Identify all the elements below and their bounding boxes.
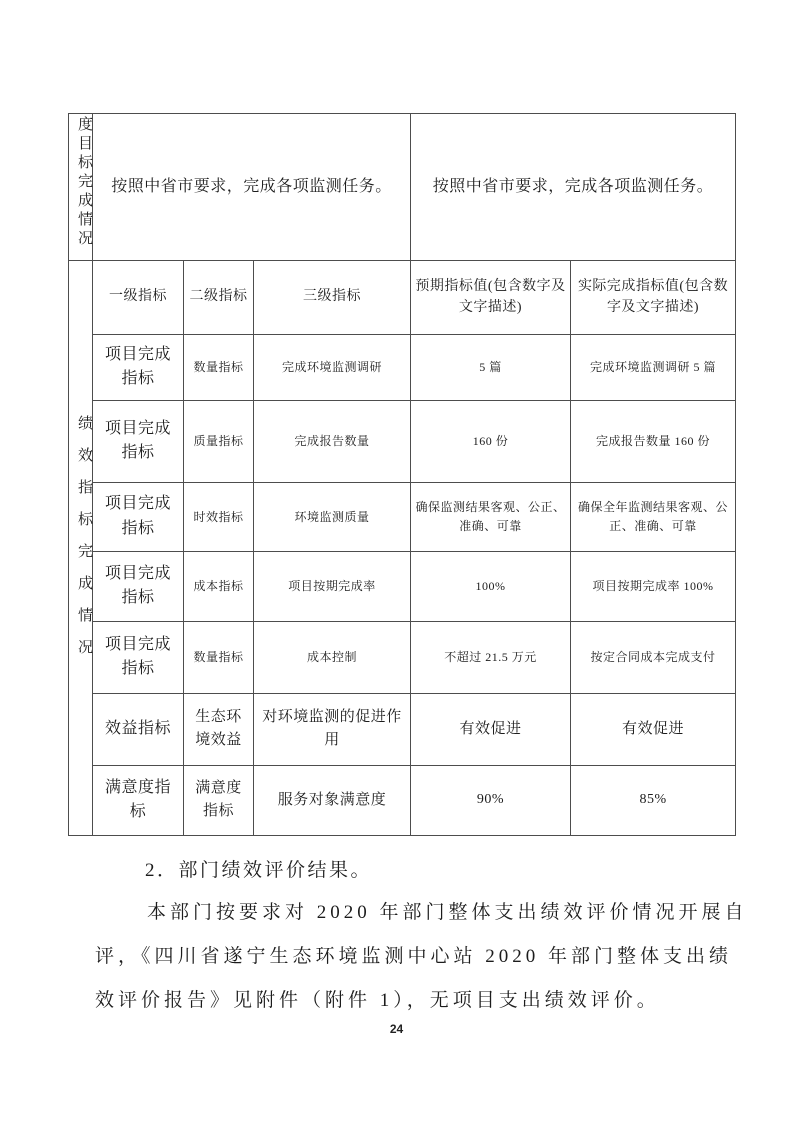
annual-side-label-cell: 度目标完成情况 <box>69 114 93 261</box>
table-cell: 满意度指标 <box>93 765 184 835</box>
table-cell: 数量指标 <box>184 621 254 693</box>
table-cell: 160 份 <box>411 400 571 482</box>
annual-expected-cell: 按照中省市要求，完成各项监测任务。 <box>93 114 411 261</box>
table-cell: 85% <box>571 765 736 835</box>
table-cell: 不超过 21.5 万元 <box>411 621 571 693</box>
table-cell: 完成报告数量 <box>254 400 411 482</box>
table-cell: 时效指标 <box>184 482 254 551</box>
table-cell: 质量指标 <box>184 400 254 482</box>
perf-side-label-cell: 绩效指标完成情况 <box>69 260 93 835</box>
table-cell: 按定合同成本完成支付 <box>571 621 736 693</box>
table-row: 满意度指标 满意度指标 服务对象满意度 90% 85% <box>69 765 736 835</box>
table-cell: 对环境监测的促进作用 <box>254 693 411 765</box>
table-cell: 项目完成指标 <box>93 482 184 551</box>
col-header-level1: 一级指标 <box>93 260 184 334</box>
table-cell: 效益指标 <box>93 693 184 765</box>
table-cell: 项目完成指标 <box>93 551 184 621</box>
col-header-level3: 三级指标 <box>254 260 411 334</box>
annual-goal-row: 度目标完成情况 按照中省市要求，完成各项监测任务。 按照中省市要求，完成各项监测… <box>69 114 736 261</box>
table-cell: 有效促进 <box>411 693 571 765</box>
table-row: 项目完成指标 时效指标 环境监测质量 确保监测结果客观、公正、准确、可靠 确保全… <box>69 482 736 551</box>
performance-table: 度目标完成情况 按照中省市要求，完成各项监测任务。 按照中省市要求，完成各项监测… <box>68 113 736 836</box>
table-cell: 完成环境监测调研 <box>254 334 411 400</box>
col-header-actual: 实际完成指标值(包含数字及文字描述) <box>571 260 736 334</box>
table-cell: 项目按期完成率 <box>254 551 411 621</box>
page-number: 24 <box>0 1022 793 1036</box>
table-cell: 有效促进 <box>571 693 736 765</box>
table-cell: 项目按期完成率 100% <box>571 551 736 621</box>
perf-side-label: 绩效指标完成情况 <box>73 415 95 671</box>
col-header-expected: 预期指标值(包含数字及文字描述) <box>411 260 571 334</box>
table-cell: 满意度指标 <box>184 765 254 835</box>
table-cell: 生态环境效益 <box>184 693 254 765</box>
table-row: 项目完成指标 数量指标 完成环境监测调研 5 篇 完成环境监测调研 5 篇 <box>69 334 736 400</box>
header-row: 绩效指标完成情况 一级指标 二级指标 三级指标 预期指标值(包含数字及文字描述)… <box>69 260 736 334</box>
table-cell: 服务对象满意度 <box>254 765 411 835</box>
paragraph-line: 评，《四川省遂宁生态环境监测中心站 2020 年部门整体支出绩 <box>95 941 732 968</box>
paragraph-line: 本部门按要求对 2020 年部门整体支出绩效评价情况开展自 <box>147 897 748 924</box>
table-cell: 成本控制 <box>254 621 411 693</box>
table-cell: 项目完成指标 <box>93 400 184 482</box>
table-cell: 完成报告数量 160 份 <box>571 400 736 482</box>
table-cell: 成本指标 <box>184 551 254 621</box>
table-cell: 90% <box>411 765 571 835</box>
table-cell: 环境监测质量 <box>254 482 411 551</box>
annual-actual-cell: 按照中省市要求，完成各项监测任务。 <box>411 114 736 261</box>
annual-side-label: 度目标完成情况 <box>73 116 95 249</box>
table-cell: 数量指标 <box>184 334 254 400</box>
table-cell: 完成环境监测调研 5 篇 <box>571 334 736 400</box>
col-header-level2: 二级指标 <box>184 260 254 334</box>
table-cell: 100% <box>411 551 571 621</box>
paragraph-line: 效评价报告》见附件（附件 1），无项目支出绩效评价。 <box>95 985 660 1012</box>
table-row: 项目完成指标 成本指标 项目按期完成率 100% 项目按期完成率 100% <box>69 551 736 621</box>
table-cell: 项目完成指标 <box>93 334 184 400</box>
table-cell: 5 篇 <box>411 334 571 400</box>
section-heading: 2．部门绩效评价结果。 <box>145 855 372 882</box>
table-row: 项目完成指标 数量指标 成本控制 不超过 21.5 万元 按定合同成本完成支付 <box>69 621 736 693</box>
document-page: { "table": { "annual_row": { "side_label… <box>0 0 793 1122</box>
table-cell: 确保全年监测结果客观、公正、准确、可靠 <box>571 482 736 551</box>
table-row: 效益指标 生态环境效益 对环境监测的促进作用 有效促进 有效促进 <box>69 693 736 765</box>
table-row: 项目完成指标 质量指标 完成报告数量 160 份 完成报告数量 160 份 <box>69 400 736 482</box>
table-cell: 确保监测结果客观、公正、准确、可靠 <box>411 482 571 551</box>
table-cell: 项目完成指标 <box>93 621 184 693</box>
